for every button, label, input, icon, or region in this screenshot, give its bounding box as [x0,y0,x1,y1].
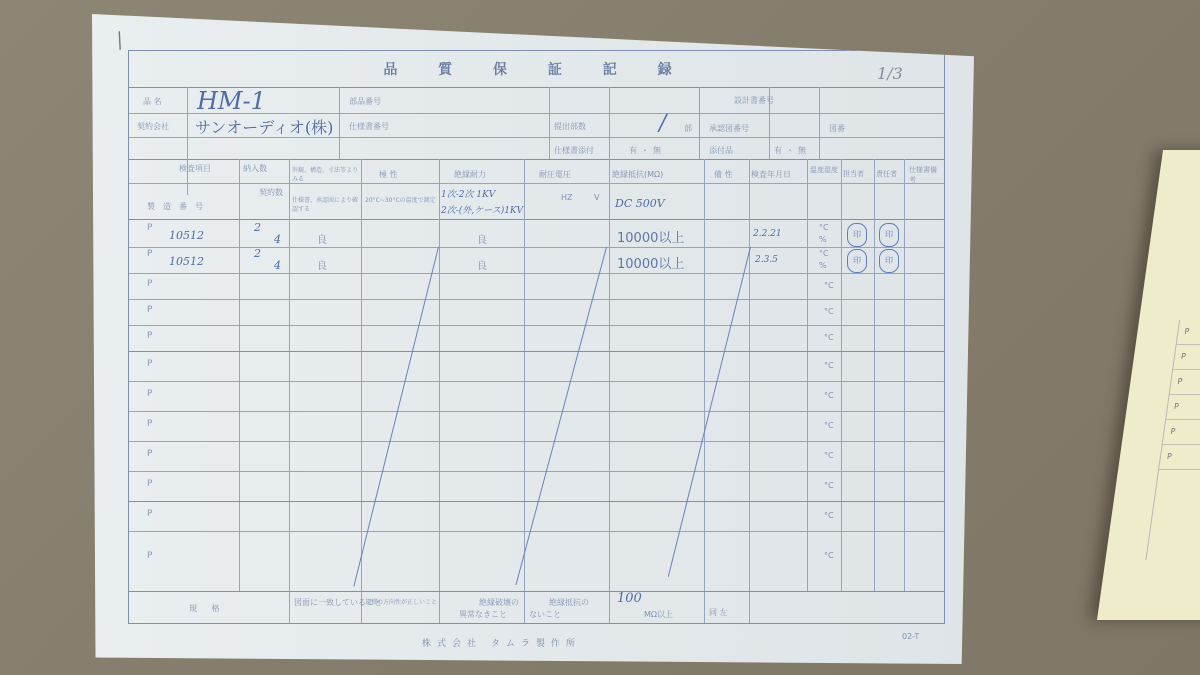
insulation-min: 100 [617,591,642,606]
col-temp-humidity: 温度湿度 [810,165,838,175]
row-serial: 10512 [169,229,204,242]
col-polarity: 極 性 [379,169,398,180]
row-temp: °C [824,281,834,290]
row-date: 2.2.21 [753,229,782,239]
row-insulation: 10000以上 [617,253,684,272]
row-mark: P [147,359,152,369]
row-temp: °C [824,451,834,460]
contract-company-value: サンオーディオ(株) [195,115,333,138]
copies-unit: 部 [684,123,692,134]
withstand-value-2: 2次-(外,ケース)1KV [441,203,523,216]
col-polarity-sub: 20°C~30°Cの温度で測定 [365,195,437,204]
row-temp: °C [824,511,834,520]
row-qty-top: 2 [254,247,261,260]
withstand-criteria: 異常なきこと [459,609,507,620]
insulation-criteria: ないこと [529,609,561,620]
strike-line [515,247,607,585]
row-withstand: 良 [477,231,487,246]
submission-copies-label: 提出部数 [554,121,586,132]
col-contract-qty: 契約数 [259,187,283,198]
same-label: 同 左 [709,607,728,618]
row-temp: °C [824,361,834,370]
row-mark: P [147,479,152,489]
criteria-label: 規 格 [189,603,226,614]
adjacent-row-mark: P [1177,320,1200,345]
row-humidity: % [819,235,827,244]
row-qty-top: 2 [254,221,261,234]
responsible-stamp: 印 [879,223,899,247]
col-inspection-date: 検査年月日 [751,169,791,180]
spec-attached-value: 有・無 [629,145,665,156]
adjacent-row-mark: P [1166,395,1200,420]
row-mark: P [147,279,152,289]
row-temp: °C [824,333,834,342]
row-temp: °C [824,551,834,560]
withstand-criteria-label: 絶縁破壊の [479,597,519,608]
form-code: 02-T [902,632,919,641]
col-withstand-voltage: 耐圧電圧 [539,169,571,180]
adjacent-row-mark: P [1173,345,1200,370]
spec-number-label: 仕様書番号 [349,121,389,132]
part-number-label: 部品番号 [349,96,381,107]
row-mark: P [147,249,152,259]
adjacent-row-mark: P [1159,445,1200,470]
delivery-value: 有・無 [774,145,810,156]
row-date: 2.3.5 [755,255,778,265]
row-mark: P [147,449,152,459]
responsible-stamp: 印 [879,249,899,273]
row-mark: P [147,389,152,399]
submission-copies-value: / [659,111,666,136]
design-doc-label: 設計書番号 [734,95,774,106]
v-label: V [594,193,599,202]
contract-company-label: 契約会社 [137,121,169,132]
inspector-stamp: 印 [847,223,867,247]
col-delivery-qty: 納入数 [243,163,267,174]
row-temp: °C [824,421,834,430]
col-characteristic: 備 性 [714,169,733,180]
row-appearance: 良 [317,231,327,246]
adjacent-row-mark: P [1163,420,1200,445]
row-insulation: 10000以上 [617,227,684,246]
row-humidity: % [819,261,827,270]
row-mark: P [147,305,152,315]
col-appearance: 外観、構造、寸法等よりみる [292,165,358,183]
col-serial-number: 製造番号 [147,201,211,212]
col-inspection-item: 検査項目 [179,163,211,174]
row-temp: °C [824,481,834,490]
col-withstand-force: 絶縁耐力 [454,169,486,180]
row-mark: P [147,551,152,561]
row-temp: °C [819,249,829,258]
row-temp: °C [819,223,829,232]
row-mark: P [147,331,152,341]
delivery-label: 添付品 [709,145,733,156]
approval-drawing-label: 承認図番号 [709,123,749,134]
row-qty-bottom: 4 [274,233,281,246]
col-appearance-sub: 仕様書、承認図により確認する [292,195,358,213]
form-grid: 品 質 保 証 記 録 品 名 HM-1 部品番号 契約会社 サンオーディオ(株… [128,50,945,624]
row-appearance: 良 [317,257,327,272]
row-mark: P [147,223,152,233]
product-name-label: 品 名 [143,96,162,107]
adjacent-row-mark: P [1170,370,1200,395]
col-responsible: 責任者 [876,169,897,179]
col-spec-remarks: 仕様書備考 [909,165,939,185]
row-temp: °C [824,307,834,316]
row-mark: P [147,419,152,429]
drawing-label: 図番 [829,123,845,134]
insulation-criteria-label: 絶縁抵抗の [549,597,589,608]
withstand-value-1: 1次-2次 1KV [441,187,495,200]
row-mark: P [147,509,152,519]
col-insulation-resistance: 絶縁抵抗(MΩ) [612,169,663,180]
polarity-criteria: 規格の方向性が正しいこと [365,597,437,606]
insulation-sub: DC 500V [615,197,665,210]
insulation-unit: MΩ以上 [644,609,673,620]
spec-attached-label: 仕様書添付 [554,145,594,156]
row-withstand: 良 [477,257,487,272]
row-qty-bottom: 4 [274,259,281,272]
row-temp: °C [824,391,834,400]
quality-record-sheet: / 1/3 品 質 保 証 記 録 品 名 HM-1 部品番号 契約会社 サンオ… [92,14,974,664]
inspector-stamp: 印 [847,249,867,273]
company-name: 株式会社 タムラ製作所 [422,636,581,649]
hz-label: HZ [561,193,573,202]
strike-line [353,247,439,587]
col-inspector: 担当者 [843,169,864,179]
product-name-value: HM-1 [197,87,266,115]
row-serial: 10512 [169,255,204,268]
form-title: 品 質 保 証 記 録 [129,59,944,79]
